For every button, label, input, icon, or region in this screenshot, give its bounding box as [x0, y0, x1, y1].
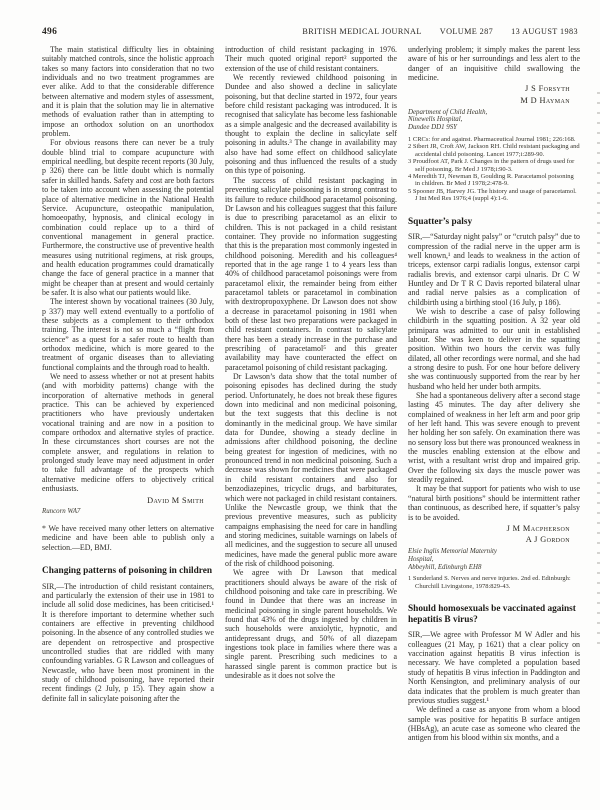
address-line: Dundee DD1 9SY — [408, 124, 580, 132]
address-line: Department of Child Health, — [408, 109, 580, 117]
editors-note: * We have received many other letters on… — [42, 524, 214, 552]
alt-medicine-paragraph: The interest shown by vocational trainee… — [42, 297, 214, 372]
journal-title: BRITISH MEDICAL JOURNAL — [302, 27, 421, 36]
hepatitis-letter-paragraph: SIR,—We agree with Professor M W Adler a… — [408, 630, 580, 705]
squatters-letter-paragraph: We wish to describe a case of palsy foll… — [408, 307, 580, 391]
journal-date: 13 AUGUST 1983 — [511, 27, 578, 36]
column-right: underlying problem; it simply makes the … — [408, 45, 580, 757]
column-left: The main statistical difficulty lies in … — [42, 45, 214, 757]
journal-masthead: BRITISH MEDICAL JOURNALVOLUME 28713 AUGU… — [302, 26, 578, 36]
poisoning-letter-paragraph: Dr Lawson’s data show that the total num… — [225, 372, 397, 568]
poisoning-letter-paragraph: We recently reviewed childhood poisoning… — [225, 73, 397, 176]
alt-medicine-paragraph: We need to assess whether or not at pres… — [42, 372, 214, 493]
poisoning-letter-paragraph: The success of child resistant packaging… — [225, 176, 397, 372]
signature-gordon: A J Gordon — [408, 535, 570, 545]
reference-item: 5 Spooner JB, Harvey JG. The history and… — [408, 188, 580, 203]
letter-title-squatters-palsy: Squatter’s palsy — [408, 217, 580, 228]
alt-medicine-paragraph: For obvious reasons there can never be a… — [42, 138, 214, 297]
poisoning-letter-paragraph: We agree with Dr Lawson that medical pra… — [225, 568, 397, 680]
reference-list: 1 CRCs: for and against. Pharmaceutical … — [408, 136, 580, 203]
address-line: Elsie Inglis Memorial Maternity — [408, 548, 580, 556]
signature-address: Runcorn WA7 — [42, 508, 214, 516]
journal-volume: VOLUME 287 — [440, 27, 493, 36]
institution-address: Elsie Inglis Memorial Maternity Hospital… — [408, 548, 580, 571]
squatters-letter-paragraph: She had a spontaneous delivery after a s… — [408, 391, 580, 484]
journal-page: 496 BRITISH MEDICAL JOURNALVOLUME 28713 … — [0, 0, 600, 810]
address-line: Hospital, — [408, 556, 580, 564]
signature-hayman: M D Hayman — [408, 96, 570, 106]
squatters-letter-paragraph: SIR,—“Saturday night palsy” or “crutch p… — [408, 232, 580, 307]
hepatitis-letter-paragraph: We defined a case as anyone from whom a … — [408, 705, 580, 742]
reference-item: 3 Proudfoot AT, Park J. Changes in the p… — [408, 158, 580, 173]
address-line: Abbeyhill, Edinburgh EH8 — [408, 564, 580, 572]
column-middle: introduction of child resistant packagin… — [225, 45, 397, 757]
squatters-letter-paragraph: It may be that support for patients who … — [408, 484, 580, 521]
signature-macpherson: J M Macpherson — [408, 524, 570, 534]
letter-title-poisoning: Changing patterns of poisoning in childr… — [42, 566, 214, 577]
reference-item: 4 Meredith TJ, Newman B, Goulding R. Par… — [408, 173, 580, 188]
page-header: 496 BRITISH MEDICAL JOURNALVOLUME 28713 … — [42, 26, 578, 37]
signature-forsyth: J S Forsyth — [408, 84, 570, 94]
reference-item: 1 Sunderland S. Nerves and nerve injurie… — [408, 575, 580, 590]
signature-smith: David M Smith — [42, 496, 204, 506]
reference-list: 1 Sunderland S. Nerves and nerve injurie… — [408, 575, 580, 590]
letters-columns: The main statistical difficulty lies in … — [42, 45, 580, 757]
alt-medicine-paragraph: The main statistical difficulty lies in … — [42, 45, 214, 138]
page-number: 496 — [42, 27, 57, 37]
poisoning-letter-paragraph: underlying problem; it simply makes the … — [408, 45, 580, 82]
reference-item: 2 Sibert JR, Croft AW, Jackson RH. Child… — [408, 143, 580, 158]
address-line: Ninewells Hospital, — [408, 116, 580, 124]
poisoning-letter-paragraph: introduction of child resistant packagin… — [225, 45, 397, 73]
institution-address: Department of Child Health, Ninewells Ho… — [408, 109, 580, 132]
reference-item: 1 CRCs: for and against. Pharmaceutical … — [408, 136, 580, 143]
poisoning-letter-paragraph: SIR,—The introduction of child resistant… — [42, 582, 214, 703]
letter-title-hepatitis: Should homosexuals be vaccinated against… — [408, 604, 580, 625]
